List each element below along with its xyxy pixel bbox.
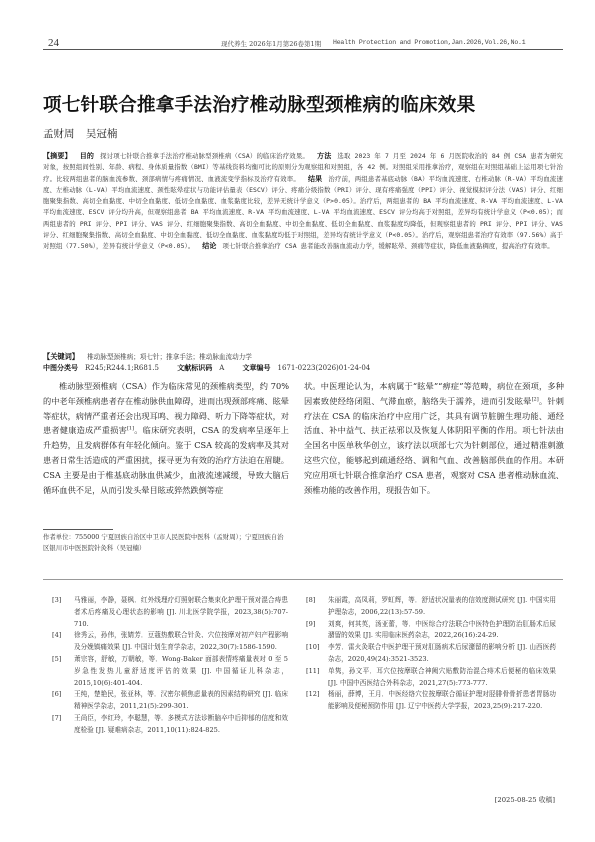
reference-item: [11]单隽，孙文平．耳穴位按摩联合神阙穴贴敷防治混合痔术后便秘的临床效果 [J… (306, 666, 556, 690)
ref-number: [4] (52, 630, 74, 654)
body-column-left: 椎动脉型颈椎病（CSA）作为临床常见的颈椎病类型，约 70% 的中老年颈椎病患者… (43, 379, 289, 497)
footnote-divider (43, 529, 113, 530)
ref-text: 刘爽，何其英，汤亚蕾，等．中医综合疗法联合中医特色护理防治肛肠术后尿潴留的效果 … (328, 619, 556, 643)
received-date: [2025-08-25 收稿] (495, 794, 555, 804)
body-text-3: 状。中医理论认为，本病属于“眩晕”“痹症”等范畴，病位在颈项，多种因素致使经络闭… (304, 381, 564, 406)
ref-text: 王尚臣，李红玲，李聪慧，等．多模式方法诊断脑卒中后抑郁的信度和效度检验 [J].… (74, 713, 288, 737)
ref-number: [8] (306, 595, 328, 619)
abstract: 【摘要】 目的探讨项七针联合推拿手法治疗椎动脉型颈椎病（CSA）的临床治疗效果。… (43, 151, 563, 253)
citation-1[interactable]: [1] (127, 426, 134, 432)
journal-name-en: Health Protection and Promotion,Jan.2026… (333, 39, 525, 46)
reference-item: [9]刘爽，何其英，汤亚蕾，等．中医综合疗法联合中医特色护理防治肛肠术后尿潴留的… (306, 619, 556, 643)
ref-number: [3] (52, 595, 74, 630)
doc-code-value: A (219, 364, 224, 372)
objective-text: 探讨项七针联合推拿手法治疗椎动脉型颈椎病（CSA）的临床治疗效果。 (100, 152, 309, 160)
references-left: [3]马雅丽，李静，聂枫．红外线理疗灯照射联合集束化护理干预对混合痔患者术后疼痛… (52, 595, 288, 737)
references-divider (43, 579, 563, 580)
ref-text: 朱丽霞，高凤莉，罗虹辉，等．舒适状况量表的信效度测试研究 [J]. 中国实用护理… (328, 595, 556, 619)
citation-2[interactable]: [2] (532, 396, 539, 402)
ref-number: [7] (52, 713, 74, 737)
reference-item: [8]朱丽霞，高凤莉，罗虹辉，等．舒适状况量表的信效度测试研究 [J]. 中国实… (306, 595, 556, 619)
abstract-label: 【摘要】 (43, 152, 72, 160)
ref-text: 杨丽，薛博，王月．中医经络穴位按摩联合循证护理对胫腓骨骨折患者胃肠功能影响及便秘… (328, 689, 556, 713)
keywords: 【关键词】 椎动脉型颈椎病；项七针；推拿手法；椎动脉血流动力学 (43, 351, 252, 362)
page-number: 24 (48, 37, 59, 49)
results-text: 治疗前，两组患者基底动脉（BA）平均血流速度、右椎动脉（R-VA）平均血流速度、… (43, 175, 563, 251)
ref-text: 萧宗容，舒敏，万朝敏，等．Wong-Baker 面部表情疼痛量表对 0 至 5 … (74, 654, 288, 689)
running-header: 24 现代养生 2026年1月第26卷第1期 Health Protection… (43, 34, 563, 50)
clc-value: R245;R244.1;R681.5 (85, 364, 159, 372)
article-no-value: 1671-0223(2026)01-24-04 (278, 364, 371, 372)
ref-number: [11] (306, 666, 328, 690)
doc-code-label: 文献标识码 (177, 364, 212, 372)
ref-text: 单隽，孙文平．耳穴位按摩联合神阙穴贴敷防治混合痔术后便秘的临床效果 [J]. 中… (328, 666, 556, 690)
body-text-2: 。临床研究表明，CSA 的发病率呈逐年上升趋势，且发病群体有年轻化倾向。鉴于 C… (43, 425, 289, 494)
ref-number: [9] (306, 619, 328, 643)
journal-name-cn: 现代养生 2026年1月第26卷第1期 (221, 39, 321, 48)
ref-text: 马雅丽，李静，聂枫．红外线理疗灯照射联合集束化护理干预对混合痔患者术后疼痛及心理… (74, 595, 288, 630)
ref-number: [12] (306, 689, 328, 713)
author-affiliation-footnote: 作者单位：755000 宁夏回族自治区中卫市人民医院中医科（孟财周）；宁夏回族自… (43, 532, 289, 554)
article-no-label: 文章编号 (243, 364, 271, 372)
reference-item: [3]马雅丽，李静，聂枫．红外线理疗灯照射联合集束化护理干预对混合痔患者术后疼痛… (52, 595, 288, 630)
reference-item: [6]王纯，楚艳民，张亚林，等．汉密尔顿焦虑量表的因素结构研究 [J]. 临床精… (52, 689, 288, 713)
ref-text: 徐秀云，孙伟，张婧芳．豆蔻热敷联合针灸、穴位按摩对初产妇产程影响及分娩镇痛效果 … (74, 630, 288, 654)
reference-item: [7]王尚臣，李红玲，李聪慧，等．多模式方法诊断脑卒中后抑郁的信度和效度检验 [… (52, 713, 288, 737)
ref-number: [6] (52, 689, 74, 713)
reference-item: [12]杨丽，薛博，王月．中医经络穴位按摩联合循证护理对胫腓骨骨折患者胃肠功能影… (306, 689, 556, 713)
reference-item: [5]萧宗容，舒敏，万朝敏，等．Wong-Baker 面部表情疼痛量表对 0 至… (52, 654, 288, 689)
classification-line: 中图分类号R245;R244.1;R681.5 文献标识码A 文章编号1671-… (43, 363, 386, 373)
conclusion-label: 结论 (202, 242, 216, 250)
methods-label: 方法 (317, 152, 331, 160)
body-column-right: 状。中医理论认为，本病属于“眩晕”“痹症”等范畴，病位在颈项，多种因素致使经络闭… (304, 379, 564, 497)
clc-label: 中图分类号 (43, 364, 78, 372)
article-title: 项七针联合推拿手法治疗椎动脉型颈椎病的临床效果 (43, 91, 475, 117)
results-label: 结果 (308, 175, 322, 183)
reference-item: [10]李芳．雷火灸联合中医护理干预对肛肠病术后尿潴留的影响分析 [J]. 山西… (306, 642, 556, 666)
ref-text: 李芳．雷火灸联合中医护理干预对肛肠病术后尿潴留的影响分析 [J]. 山西医药杂志… (328, 642, 556, 666)
ref-number: [5] (52, 654, 74, 689)
objective-label: 目的 (80, 152, 94, 160)
keywords-text: 椎动脉型颈椎病；项七针；推拿手法；椎动脉血流动力学 (87, 353, 252, 361)
references-right: [8]朱丽霞，高凤莉，罗虹辉，等．舒适状况量表的信效度测试研究 [J]. 中国实… (306, 595, 556, 713)
reference-item: [4]徐秀云，孙伟，张婧芳．豆蔻热敷联合针灸、穴位按摩对初产妇产程影响及分娩镇痛… (52, 630, 288, 654)
ref-number: [10] (306, 642, 328, 666)
authors: 孟财周 吴冠楠 (43, 126, 117, 141)
conclusion-text: 项七针联合推拿治疗 CSA 患者能改善脑血流动力学，缓解眩晕、颈痛等症状，降低血… (222, 242, 553, 250)
ref-text: 王纯，楚艳民，张亚林，等．汉密尔顿焦虑量表的因素结构研究 [J]. 临床精神医学… (74, 689, 288, 713)
body-text-4: 。针刺疗法在 CSA 的临床治疗中应用广泛，其具有调节脏腑生理功能、通经活血、补… (304, 396, 564, 495)
keywords-label: 【关键词】 (43, 352, 79, 361)
